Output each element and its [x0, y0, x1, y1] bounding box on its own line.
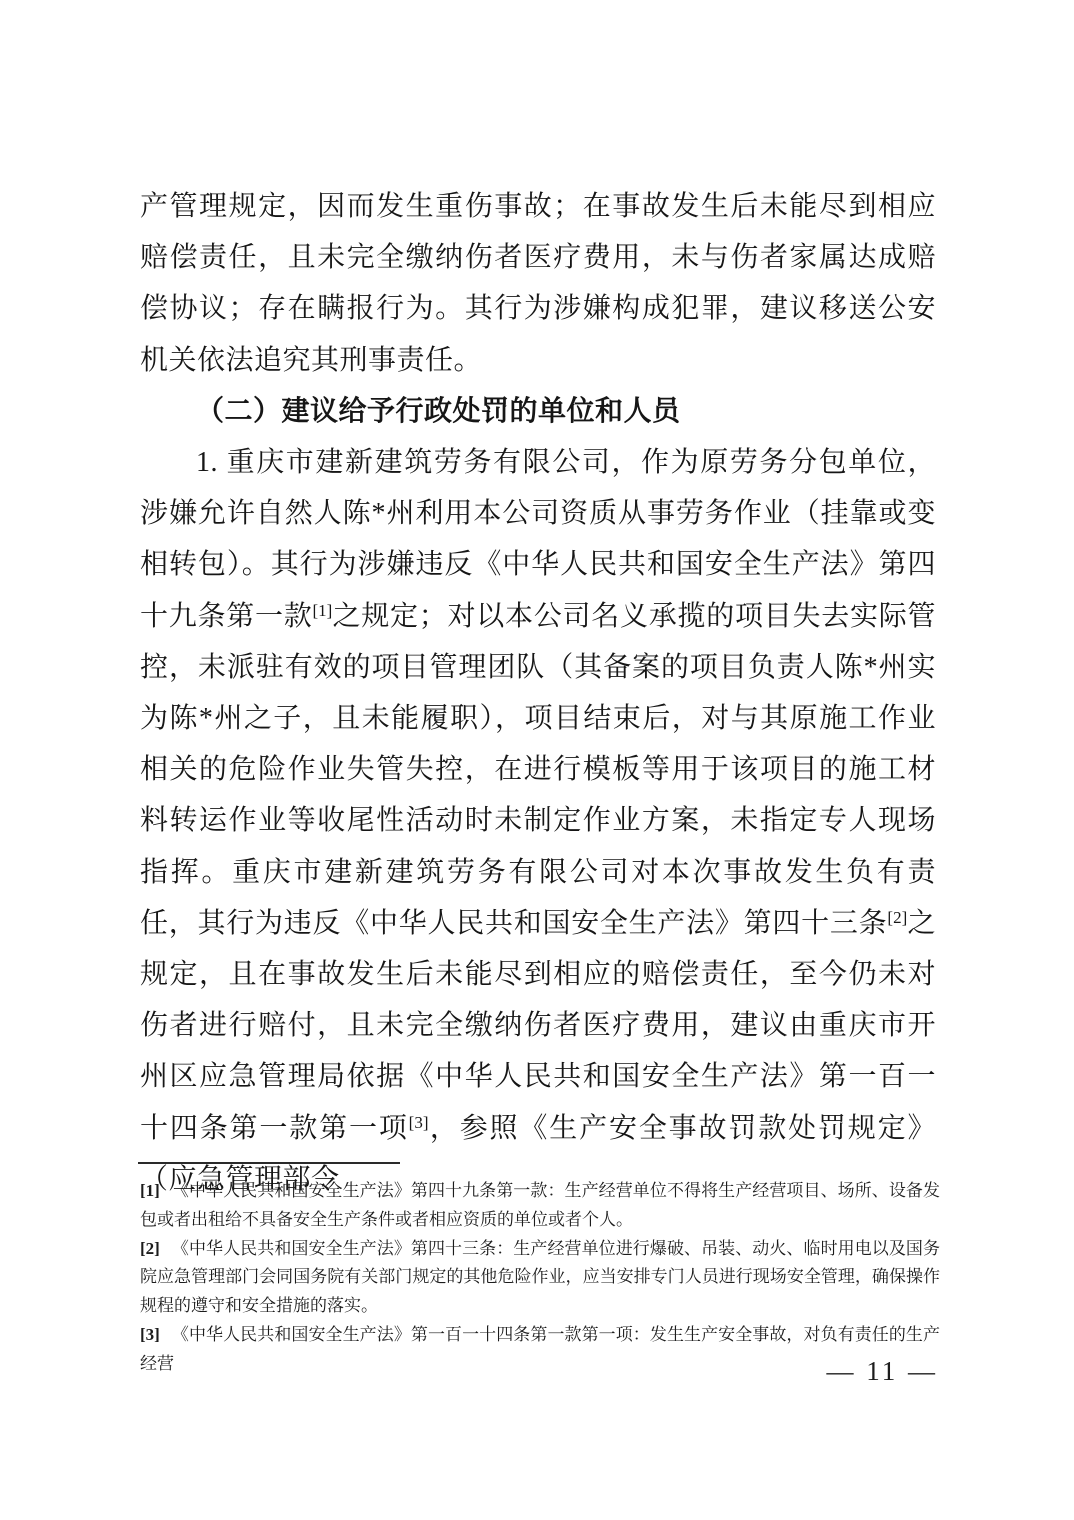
- paragraph-text-segment: 之规定；对以本公司名义承揽的项目失去实际管控，未派驻有效的项目管理团队（其备案的…: [140, 601, 936, 939]
- footnote-ref-1: [1]: [312, 601, 332, 620]
- body-text: 产管理规定，因而发生重伤事故；在事故发生后未能尽到相应赔偿责任，且未完全缴纳伤者…: [140, 181, 936, 1205]
- footnote-text: 《中华人民共和国安全生产法》第四十九条第一款：生产经营单位不得将生产经营项目、场…: [140, 1181, 940, 1229]
- footnote-marker: [2]: [140, 1239, 160, 1258]
- paragraph-continuation: 产管理规定，因而发生重伤事故；在事故发生后未能尽到相应赔偿责任，且未完全缴纳伤者…: [140, 181, 936, 386]
- footnote-text: 《中华人民共和国安全生产法》第四十三条：生产经营单位进行爆破、吊装、动火、临时用…: [140, 1239, 940, 1316]
- footnote-item: [2]《中华人民共和国安全生产法》第四十三条：生产经营单位进行爆破、吊装、动火、…: [140, 1235, 940, 1321]
- footnote-item: [3]《中华人民共和国安全生产法》第一百一十四条第一款第一项：发生生产安全事故，…: [140, 1321, 940, 1379]
- footnote-item: [1]《中华人民共和国安全生产法》第四十九条第一款：生产经营单位不得将生产经营项…: [140, 1177, 940, 1235]
- document-page: 产管理规定，因而发生重伤事故；在事故发生后未能尽到相应赔偿责任，且未完全缴纳伤者…: [0, 0, 1074, 1520]
- paragraph-text-segment: 之规定，且在事故发生后未能尽到相应的赔偿责任，至今仍未对伤者进行赔付，且未完全缴…: [140, 908, 936, 1144]
- page-number: — 11 —: [827, 1356, 939, 1387]
- footnote-text: 《中华人民共和国安全生产法》第一百一十四条第一款第一项：发生生产安全事故，对负有…: [140, 1325, 940, 1373]
- footnote-marker: [3]: [140, 1325, 160, 1344]
- numbered-paragraph: 1. 重庆市建新建筑劳务有限公司，作为原劳务分包单位，涉嫌允许自然人陈*州利用本…: [140, 437, 936, 1205]
- section-heading: （二）建议给予行政处罚的单位和人员: [140, 386, 936, 437]
- footnote-ref-2: [2]: [887, 908, 907, 927]
- footnote-ref-3: [3]: [409, 1113, 429, 1132]
- footnote-marker: [1]: [140, 1181, 160, 1200]
- footnote-list: [1]《中华人民共和国安全生产法》第四十九条第一款：生产经营单位不得将生产经营项…: [140, 1177, 940, 1379]
- footnote-separator: [138, 1162, 400, 1164]
